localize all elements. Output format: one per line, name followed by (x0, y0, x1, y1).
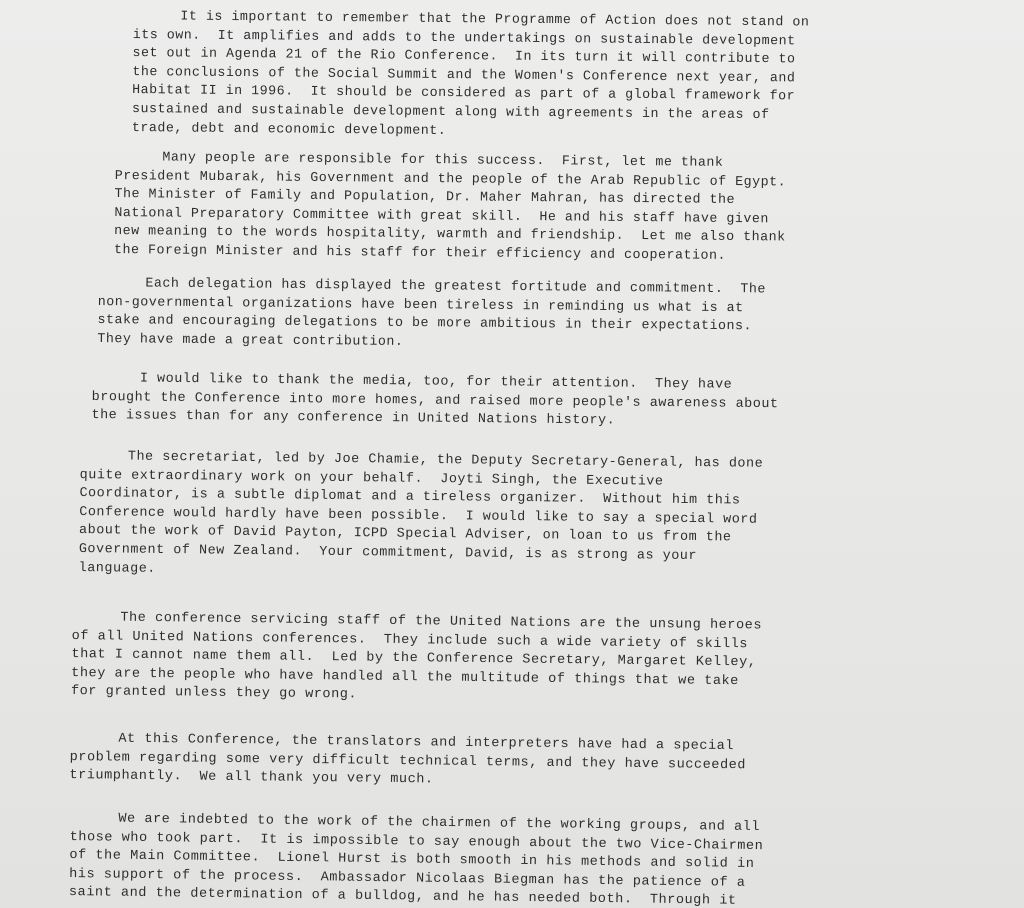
paragraph-thanks-egypt: Many people are responsible for this suc… (114, 149, 787, 267)
paragraph-indent (72, 620, 120, 621)
paragraph-secretariat: The secretariat, led by Joe Chamie, the … (79, 448, 764, 586)
paragraph-indent (70, 821, 118, 822)
document-page: It is important to remember that the Pro… (0, 0, 1024, 908)
paragraph-working-groups: We are indebted to the work of the chair… (69, 810, 764, 908)
paragraph-media: I would like to thank the media, too, fo… (91, 370, 778, 433)
paragraph-indent (80, 459, 128, 460)
paragraph-indent (70, 741, 118, 742)
paragraph-conference-staff: The conference servicing staff of the Un… (71, 609, 762, 710)
paragraph-translators: At this Conference, the translators and … (69, 730, 746, 794)
paragraph-indent (92, 381, 140, 382)
paragraph-delegations: Each delegation has displayed the greate… (97, 275, 766, 356)
paragraph-programme-of-action: It is important to remember that the Pro… (132, 8, 810, 145)
